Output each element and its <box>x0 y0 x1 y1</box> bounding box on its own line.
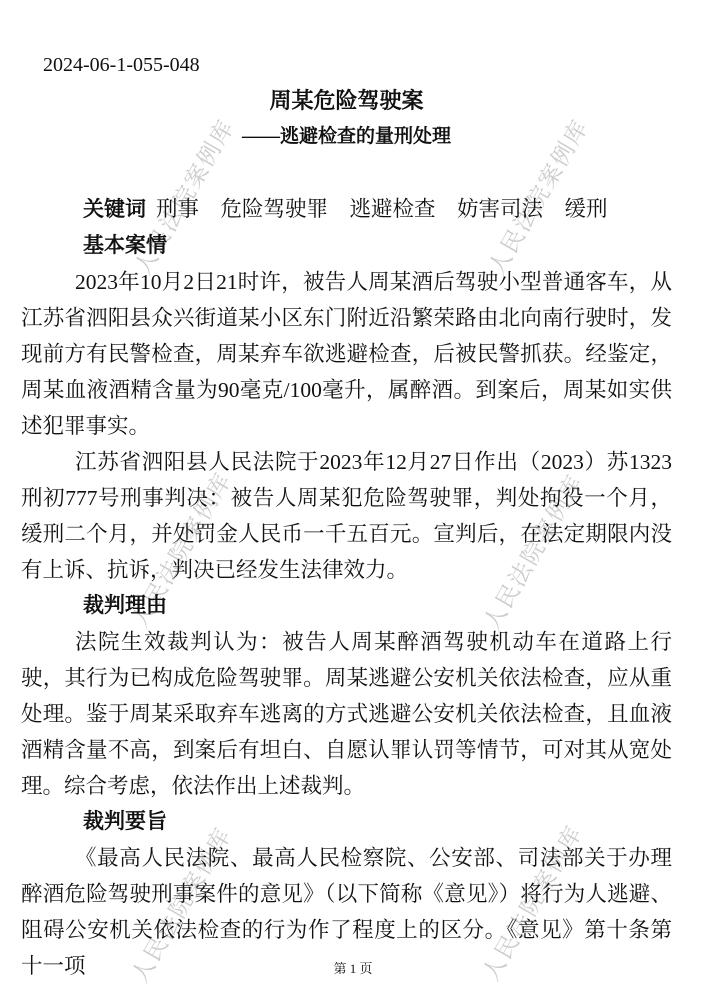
case-title: 周某危险驾驶案 <box>21 83 672 119</box>
document-number: 2024-06-1-055-048 <box>21 47 672 83</box>
keywords-line: 关键词刑事 危险驾驶罪 逃避检查 妨害司法 缓刑 <box>83 191 672 228</box>
spacer <box>21 155 672 191</box>
paragraph-basic-facts-1: 2023年10月2日21时许，被告人周某酒后驾驶小型普通客车，从江苏省泗阳县众兴… <box>21 264 672 444</box>
keywords-label: 关键词 <box>83 198 146 221</box>
case-subtitle: ——逃避检查的量刑处理 <box>21 119 672 155</box>
document-content: 2024-06-1-055-048 周某危险驾驶案 ——逃避检查的量刑处理 关键… <box>0 0 706 984</box>
page-number: 第 1 页 <box>0 958 706 977</box>
keywords-items: 刑事 危险驾驶罪 逃避检查 妨害司法 缓刑 <box>156 197 608 221</box>
paragraph-reasoning-1: 法院生效裁判认为：被告人周某醉酒驾驶机动车在道路上行驶，其行为已构成危险驾驶罪。… <box>21 624 672 804</box>
paragraph-basic-facts-2: 江苏省泗阳县人民法院于2023年12月27日作出（2023）苏1323刑初777… <box>21 444 672 588</box>
document-page: 人民法院案例库 人民法院案例库 人民法院案例库 人民法院案例库 人民法院案例库 … <box>0 0 706 999</box>
section-heading-basic-facts: 基本案情 <box>83 228 672 264</box>
section-heading-gist: 裁判要旨 <box>83 804 672 840</box>
section-heading-reasoning: 裁判理由 <box>83 588 672 624</box>
